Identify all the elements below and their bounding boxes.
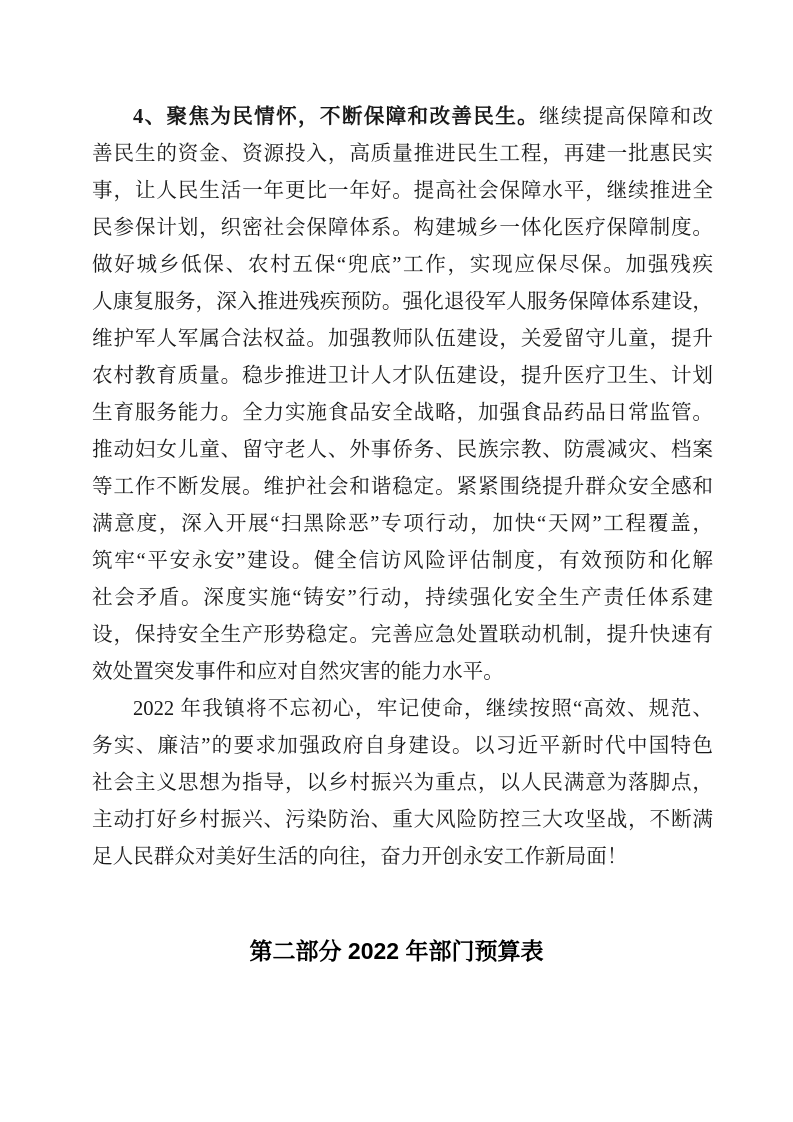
text-run: 生育服务能力。全力实施食品安全战略，加强食品药品日常监管。 <box>92 402 713 424</box>
text-line: 社会矛盾。深度实施“铸安”行动，持续强化安全生产责任体系建 <box>92 580 713 617</box>
text-line: 4、聚焦为民情怀，不断保障和改善民生。继续提高保障和改 <box>92 99 713 136</box>
text-run: 做好城乡低保、农村五保“兜底”工作，实现应保尽保。加强残疾 <box>92 254 713 276</box>
text-run: 继续提高保障和改 <box>539 106 713 128</box>
text-line: 2022 年我镇将不忘初心，牢记使命，继续按照“高效、规范、 <box>92 691 713 728</box>
text-line: 主动打好乡村振兴、污染防治、重大风险防控三大攻坚战，不断满 <box>92 802 713 839</box>
text-run: 社会主义思想为指导，以乡村振兴为重点，以人民满意为落脚点， <box>92 772 713 794</box>
text-run: 主动打好乡村振兴、污染防治、重大风险防控三大攻坚战，不断满 <box>92 809 713 831</box>
document-body: 4、聚焦为民情怀，不断保障和改善民生。继续提高保障和改善民生的资金、资源投入，高… <box>92 99 713 876</box>
text-line: 民参保计划，织密社会保障体系。构建城乡一体化医疗保障制度。 <box>92 210 713 247</box>
paragraph: 4、聚焦为民情怀，不断保障和改善民生。继续提高保障和改善民生的资金、资源投入，高… <box>92 99 713 691</box>
bold-text-run: 4、聚焦为民情怀，不断保障和改善民生。 <box>133 106 539 128</box>
text-line: 事，让人民生活一年更比一年好。提高社会保障水平，继续推进全 <box>92 173 713 210</box>
text-run: 筑牢“平安永安”建设。健全信访风险评估制度，有效预防和化解 <box>92 550 713 572</box>
text-line: 等工作不断发展。维护社会和谐稳定。紧紧围绕提升群众安全感和 <box>92 469 713 506</box>
text-line: 筑牢“平安永安”建设。健全信访风险评估制度，有效预防和化解 <box>92 543 713 580</box>
text-run: 等工作不断发展。维护社会和谐稳定。紧紧围绕提升群众安全感和 <box>92 476 713 498</box>
text-run: 事，让人民生活一年更比一年好。提高社会保障水平，继续推进全 <box>92 180 713 202</box>
text-run: 设，保持安全生产形势稳定。完善应急处置联动机制，提升快速有 <box>92 624 713 646</box>
text-run: 效处置突发事件和应对自然灾害的能力水平。 <box>92 661 504 683</box>
text-line: 做好城乡低保、农村五保“兜底”工作，实现应保尽保。加强残疾 <box>92 247 713 284</box>
text-run: 2022 年我镇将不忘初心，牢记使命，继续按照“高效、规范、 <box>133 698 713 720</box>
text-run: 满意度，深入开展“扫黑除恶”专项行动，加快“天网”工程覆盖， <box>92 513 713 535</box>
text-run: 推动妇女儿童、留守老人、外事侨务、民族宗教、防震减灾、档案 <box>92 439 713 461</box>
text-line: 务实、廉洁”的要求加强政府自身建设。以习近平新时代中国特色 <box>92 728 713 765</box>
text-run: 民参保计划，织密社会保障体系。构建城乡一体化医疗保障制度。 <box>92 217 713 239</box>
text-run: 社会矛盾。深度实施“铸安”行动，持续强化安全生产责任体系建 <box>92 587 713 609</box>
text-line: 设，保持安全生产形势稳定。完善应急处置联动机制，提升快速有 <box>92 617 713 654</box>
section-heading: 第二部分 2022 年部门预算表 <box>0 933 793 970</box>
text-line: 生育服务能力。全力实施食品安全战略，加强食品药品日常监管。 <box>92 395 713 432</box>
text-line: 效处置突发事件和应对自然灾害的能力水平。 <box>92 654 713 691</box>
text-line: 人康复服务，深入推进残疾预防。强化退役军人服务保障体系建设， <box>92 284 713 321</box>
text-run: 足人民群众对美好生活的向往，奋力开创永安工作新局面！ <box>92 846 627 868</box>
text-line: 维护军人军属合法权益。加强教师队伍建设，关爱留守儿童，提升 <box>92 321 713 358</box>
text-line: 推动妇女儿童、留守老人、外事侨务、民族宗教、防震减灾、档案 <box>92 432 713 469</box>
text-line: 善民生的资金、资源投入，高质量推进民生工程，再建一批惠民实 <box>92 136 713 173</box>
text-run: 务实、廉洁”的要求加强政府自身建设。以习近平新时代中国特色 <box>92 735 713 757</box>
paragraph: 2022 年我镇将不忘初心，牢记使命，继续按照“高效、规范、务实、廉洁”的要求加… <box>92 691 713 876</box>
text-line: 满意度，深入开展“扫黑除恶”专项行动，加快“天网”工程覆盖， <box>92 506 713 543</box>
text-line: 农村教育质量。稳步推进卫计人才队伍建设，提升医疗卫生、计划 <box>92 358 713 395</box>
document-page: 4、聚焦为民情怀，不断保障和改善民生。继续提高保障和改善民生的资金、资源投入，高… <box>0 0 793 1122</box>
text-line: 足人民群众对美好生活的向往，奋力开创永安工作新局面！ <box>92 839 713 876</box>
text-run: 人康复服务，深入推进残疾预防。强化退役军人服务保障体系建设， <box>92 291 713 313</box>
text-line: 社会主义思想为指导，以乡村振兴为重点，以人民满意为落脚点， <box>92 765 713 802</box>
text-run: 善民生的资金、资源投入，高质量推进民生工程，再建一批惠民实 <box>92 143 713 165</box>
text-run: 维护军人军属合法权益。加强教师队伍建设，关爱留守儿童，提升 <box>92 328 713 350</box>
text-run: 农村教育质量。稳步推进卫计人才队伍建设，提升医疗卫生、计划 <box>92 365 713 387</box>
